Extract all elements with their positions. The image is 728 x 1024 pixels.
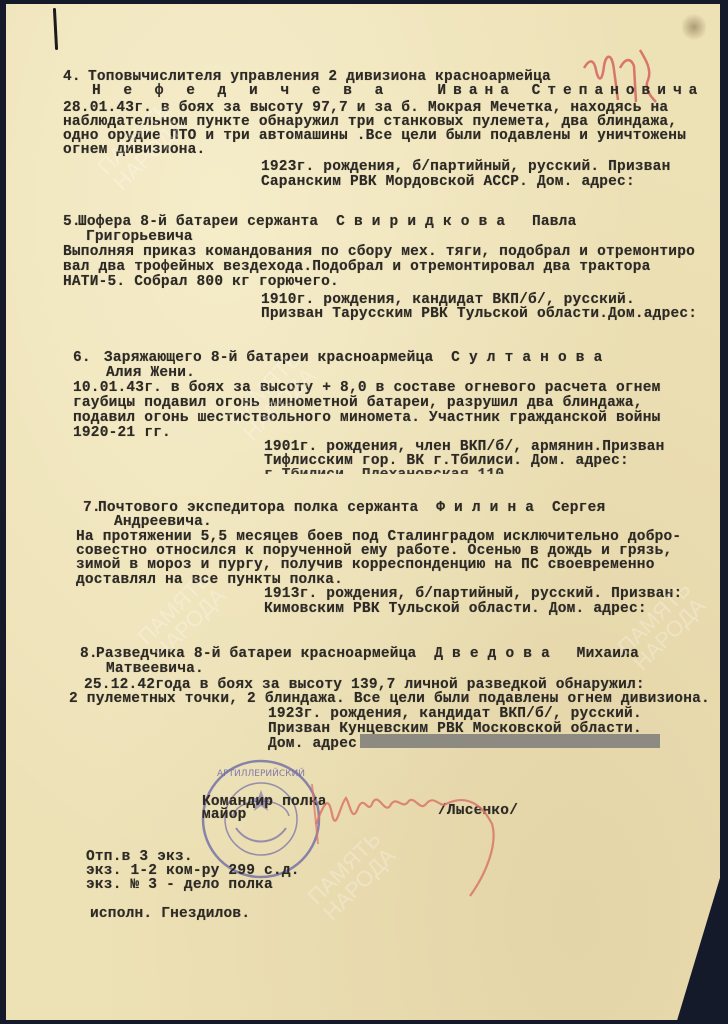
entry-body-line: гаубицы подавил огонь минометной батареи… xyxy=(73,396,643,411)
entry-name: Матвеевича. xyxy=(106,662,204,677)
paper-stain xyxy=(682,12,706,42)
entry-bio-line: Призван Тарусским РВК Тульской области.Д… xyxy=(261,307,697,322)
entry-body-line: Выполняя приказ командования по сбору ме… xyxy=(63,245,695,260)
commander-rank: майор xyxy=(202,808,247,823)
svg-text:АРТИЛЛЕРИЙСКИЙ: АРТИЛЛЕРИЙСКИЙ xyxy=(217,767,305,779)
entry-name: Алия Жени. xyxy=(106,366,195,381)
entry-name: Андреевича. xyxy=(114,515,212,530)
executor-line: исполн. Гнездилов. xyxy=(90,907,250,922)
entry-number: 6. xyxy=(73,351,91,366)
entry-bio-line: 1923г. рождения, кандидат ВКП/б/, русски… xyxy=(268,707,642,722)
entry-bio-line: Дом. адрес: xyxy=(268,737,366,752)
entry-body-line: 1920-21 гг. xyxy=(73,426,171,441)
entry-body-line: 2 пулеметных точки, 2 блиндажа. Все цели… xyxy=(69,692,710,707)
entry-name: Григорьевича xyxy=(86,230,193,245)
paper-crease xyxy=(53,8,58,50)
entry-body-line: НАТИ-5. Собрал 800 кг горючего. xyxy=(63,275,339,290)
entry-bio-line: Тифлисским гор. ВК г.Тбилиси. Дом. адрес… xyxy=(264,454,629,469)
entry-bio-line: 1923г. рождения, б/партийный, русский. П… xyxy=(261,160,670,175)
entry-heading: Заряжающего 8-й батареи красноармейца С … xyxy=(104,351,602,366)
entry-heading: Шофера 8-й батареи сержанта С в и р и д … xyxy=(78,215,576,230)
entry-body-line: 10.01.43г. в боях за высоту + 8,0 в сост… xyxy=(73,381,661,396)
entry-bio-line: 1913г. рождения, б/партийный, русский. П… xyxy=(264,587,682,602)
entry-body-line: подавил огонь шестиствольного миномета. … xyxy=(73,411,661,426)
distribution-line: экз. № 3 - дело полка xyxy=(86,878,273,893)
entry-bio-line-cut: г.Тбилиси, Плехановская 110 xyxy=(264,468,504,474)
entry-name: Н е ф е д и ч е в а Ивана Степановича xyxy=(92,84,704,99)
document-page: 4. Топовычислителя управления 2 дивизион… xyxy=(6,4,720,1020)
entry-body-line: вал два трофейных вездехода.Подобрал и о… xyxy=(63,260,651,275)
entry-number: 4. xyxy=(63,70,81,85)
entry-body-line: зимой в мороз и пургу, получив корреспон… xyxy=(76,558,655,573)
entry-bio-line: Кимовским РВК Тульской области. Дом. адр… xyxy=(264,602,647,617)
entry-bio-line: Саранским РВК Мордовской АССР. Дом. адре… xyxy=(261,175,635,190)
redacted-address-bar xyxy=(360,734,660,748)
